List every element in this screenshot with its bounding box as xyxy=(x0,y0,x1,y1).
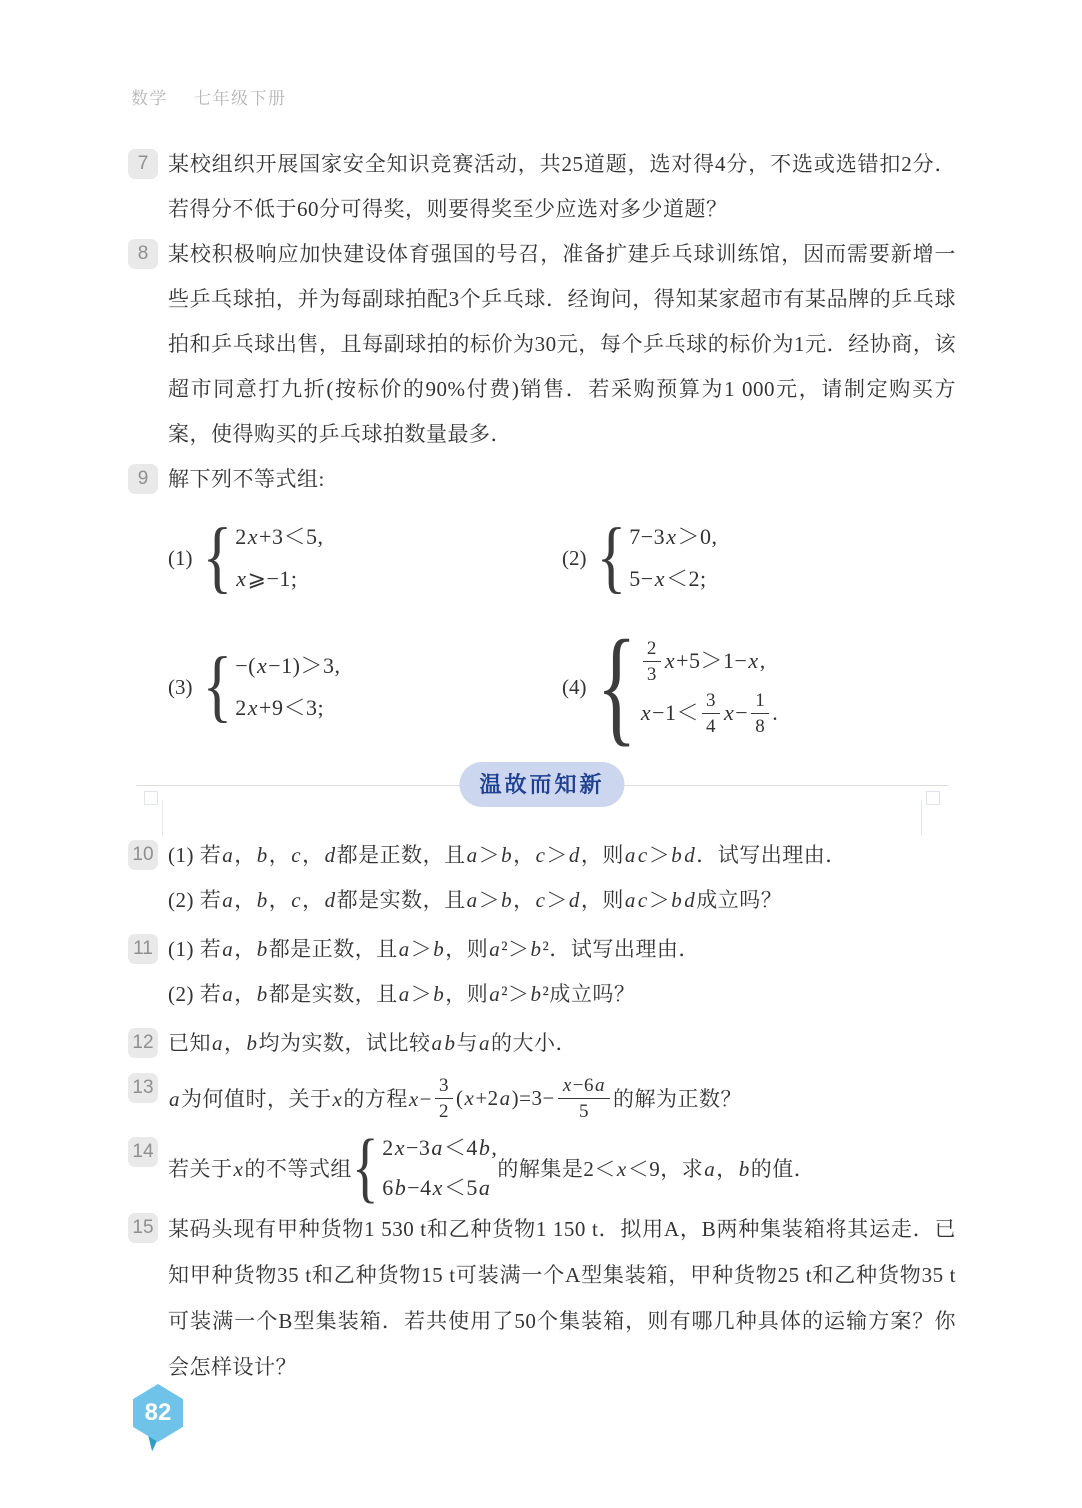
problem-8-text: 某校积极响应加快建设体育强国的号召，准备扩建乒乓球训练馆，因而需要新增一些乒乓球… xyxy=(168,232,956,457)
page-number-badge: 82 xyxy=(133,1384,183,1442)
problem-14-pre: 若关于x的不等式组 xyxy=(168,1153,352,1183)
left-brace-icon: { xyxy=(203,526,233,590)
textbook-page: 数学七年级下册 7 某校组织开展国家安全知识竞赛活动，共25道题，选对得4分，不… xyxy=(0,0,1082,1508)
system-3-label: (3) xyxy=(168,675,193,700)
problem-13: 13 a为何值时，关于x的方程x− 3 2 (x+2a)=3− x−6a 5 的… xyxy=(128,1066,956,1130)
problem-11-item-1: (1) 若a，b都是正数，且a＞b，则a²＞b²．试写出理由． xyxy=(168,927,956,972)
problem-11-number-badge: 11 xyxy=(128,934,158,964)
inequality-system-4: (4) { 2 3 x+5＞1−x, x−1＜ xyxy=(562,614,956,760)
left-brace-icon: { xyxy=(352,1137,379,1200)
problem-13-mid: (x+2a)=3− xyxy=(456,1086,555,1111)
left-brace-icon: { xyxy=(203,655,233,719)
system-2-label: (2) xyxy=(562,546,587,571)
system-3-line-2: 2x+9＜3; xyxy=(235,687,340,729)
header-volume: 七年级下册 xyxy=(194,89,287,108)
problem-12-text: 已知a，b均为实数，试比较ab与a的大小． xyxy=(168,1021,956,1066)
system-2-line-2: 5−x＜2; xyxy=(629,558,717,600)
system-2-line-1: 7−3x＞0, xyxy=(629,516,717,558)
system-1-line-1: 2x+3＜5, xyxy=(235,516,323,558)
system-4-line-1-rest: x+5＞1−x, xyxy=(664,635,766,687)
divider-drop-left xyxy=(162,800,163,836)
problem-13-number-badge: 13 xyxy=(128,1073,158,1103)
problem-13-pre: a为何值时，关于x的方程x− xyxy=(168,1083,432,1113)
system-1-line-2: x⩾−1; xyxy=(235,558,323,600)
problem-7: 7 某校组织开展国家安全知识竞赛活动，共25道题，选对得4分，不选或选错扣2分．… xyxy=(128,142,956,232)
inequality-system-1: (1) { 2x+3＜5, x⩾−1; xyxy=(168,502,562,614)
problem-9-number-badge: 9 xyxy=(128,464,158,494)
inequality-system-3: (3) { −(x−1)＞3, 2x+9＜3; xyxy=(168,614,562,760)
problem-8-number-badge: 8 xyxy=(128,239,158,269)
problem-7-text: 某校组织开展国家安全知识竞赛活动，共25道题，选对得4分，不选或选错扣2分．若得… xyxy=(168,142,956,232)
review-section-badge: 温故而知新 xyxy=(459,762,624,807)
problem-13-equation: a为何值时，关于x的方程x− 3 2 (x+2a)=3− x−6a 5 的解为正… xyxy=(168,1066,956,1130)
problem-14-post: 的解集是2＜x＜9，求a，b的值． xyxy=(497,1153,815,1183)
fraction-three-quarters: 3 4 xyxy=(702,688,720,739)
left-brace-icon: { xyxy=(597,526,627,590)
header-subject: 数学 xyxy=(131,89,168,108)
left-brace-icon: { xyxy=(597,635,637,739)
page-number: 82 xyxy=(133,1384,183,1442)
divider-drop-right xyxy=(921,800,922,836)
problem-11-item-2: (2) 若a，b都是实数，且a＞b，则a²＞b²成立吗？ xyxy=(168,972,956,1017)
system-4-label: (4) xyxy=(562,675,587,700)
fraction-three-halves: 3 2 xyxy=(435,1073,453,1124)
inequality-system-2: (2) { 7−3x＞0, 5−x＜2; xyxy=(562,502,956,614)
problem-15: 15 某码头现有甲种货物1 530 t和乙种货物1 150 t．拟用A，B两种集… xyxy=(128,1206,956,1390)
divider-corner-left xyxy=(144,791,158,805)
problem-14-line-2: 6b−4x＜5a xyxy=(382,1168,497,1208)
system-1-label: (1) xyxy=(168,546,193,571)
problem-8: 8 某校积极响应加快建设体育强国的号召，准备扩建乒乓球训练馆，因而需要新增一些乒… xyxy=(128,232,956,457)
problem-10-number-badge: 10 xyxy=(128,840,158,870)
problem-14-line-1: 2x−3a＜4b, xyxy=(382,1128,497,1168)
problem-14-number-badge: 14 xyxy=(128,1137,158,1167)
system-4-line-2-c: . xyxy=(772,687,778,739)
problem-12-number-badge: 12 xyxy=(128,1028,158,1058)
problem-15-number-badge: 15 xyxy=(128,1213,158,1243)
section-divider: 温故而知新 xyxy=(128,760,956,844)
problem-10-item-2: (2) 若a，b，c，d都是实数，且a＞b，c＞d，则ac＞bd成立吗？ xyxy=(168,878,956,923)
inequality-systems-row-2: (3) { −(x−1)＞3, 2x+9＜3; (4) { xyxy=(168,614,956,760)
problem-14: 14 若关于x的不等式组 { 2x−3a＜4b, 6b−4x＜5a 的解集是2＜… xyxy=(128,1130,956,1206)
system-3-line-1: −(x−1)＞3, xyxy=(235,645,340,687)
fraction-one-eighth: 1 8 xyxy=(751,688,769,739)
problems-section-review: 10 (1) 若a，b，c，d都是正数，且a＞b，c＞d，则ac＞bd．试写出理… xyxy=(128,833,956,1390)
problem-10-item-1: (1) 若a，b，c，d都是正数，且a＞b，c＞d，则ac＞bd．试写出理由． xyxy=(168,833,956,878)
problems-section-top: 7 某校组织开展国家安全知识竞赛活动，共25道题，选对得4分，不选或选错扣2分．… xyxy=(128,142,956,760)
problem-15-text: 某码头现有甲种货物1 530 t和乙种货物1 150 t．拟用A，B两种集装箱将… xyxy=(168,1206,956,1390)
divider-corner-right xyxy=(926,791,940,805)
problem-14-equation: 若关于x的不等式组 { 2x−3a＜4b, 6b−4x＜5a 的解集是2＜x＜9… xyxy=(168,1130,956,1206)
problem-12: 12 已知a，b均为实数，试比较ab与a的大小． xyxy=(128,1021,956,1066)
system-4-line-2: x−1＜ 3 4 x− 1 8 . xyxy=(640,687,778,739)
inequality-systems-row-1: (1) { 2x+3＜5, x⩾−1; (2) { 7−3x＞0, 5−x＜2; xyxy=(168,502,956,614)
page-header: 数学七年级下册 xyxy=(131,84,287,109)
system-4-line-2-b: x− xyxy=(723,687,748,739)
fraction-x-minus-6a-over-5: x−6a 5 xyxy=(558,1073,610,1124)
problem-9: 9 解下列不等式组: (1) { 2x+3＜5, x⩾−1; (2) { xyxy=(128,457,956,760)
problem-13-post: 的解为正数？ xyxy=(613,1083,742,1113)
fraction-two-thirds: 2 3 xyxy=(643,636,661,687)
system-4-line-2-a: x−1＜ xyxy=(640,687,699,739)
problem-10: 10 (1) 若a，b，c，d都是正数，且a＞b，c＞d，则ac＞bd．试写出理… xyxy=(128,833,956,927)
system-4-line-1: 2 3 x+5＞1−x, xyxy=(640,635,778,687)
problem-11: 11 (1) 若a，b都是正数，且a＞b，则a²＞b²．试写出理由． (2) 若… xyxy=(128,927,956,1021)
problem-9-intro: 解下列不等式组: xyxy=(168,457,956,502)
problem-7-number-badge: 7 xyxy=(128,149,158,179)
